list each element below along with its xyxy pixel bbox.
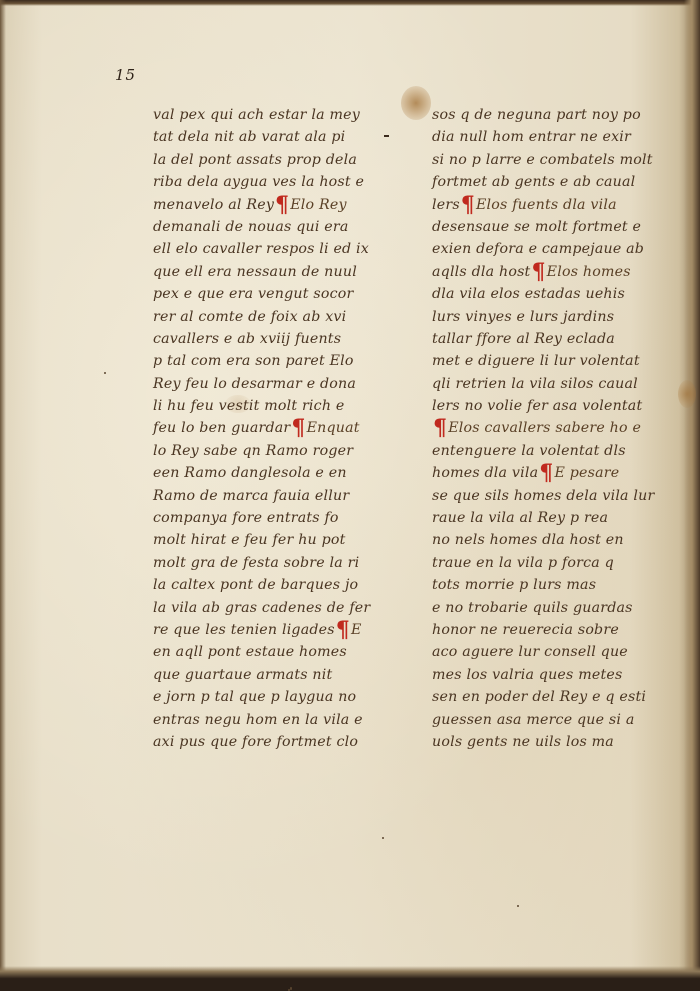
line-text: Enquat xyxy=(307,420,360,436)
line-text: re que les tenien ligades xyxy=(153,622,335,638)
text-line: guessen asa merce que si a xyxy=(432,709,677,731)
text-line: p tal com era son paret Elo xyxy=(153,350,383,372)
text-line: uols gents ne uils los ma xyxy=(432,731,677,753)
speck xyxy=(517,905,519,907)
rubric-pilcrow-icon: ¶ xyxy=(336,621,350,639)
text-line: re que les tenien ligades¶E xyxy=(153,619,383,641)
text-line: ¶Elos cavallers sabere ho e xyxy=(432,417,677,439)
line-text: E xyxy=(351,622,362,638)
text-line: mes los valria ques metes xyxy=(432,664,677,686)
text-line: entenguere la volentat dls xyxy=(432,440,677,462)
text-line: menavelo al Rey¶Elo Rey xyxy=(153,194,383,216)
speck xyxy=(382,837,384,839)
rubric-pilcrow-icon: ¶ xyxy=(433,419,447,437)
text-line: si no p larre e combatels molt xyxy=(432,149,677,171)
text-line: val pex qui ach estar la mey xyxy=(153,104,383,126)
text-line: honor ne reuerecia sobre xyxy=(432,619,677,641)
line-text: E pesare xyxy=(554,465,619,481)
text-line: pex e que era vengut socor xyxy=(153,283,383,305)
text-line: tat dela nit ab varat ala pi xyxy=(153,126,383,148)
text-line: e no trobarie quils guardas xyxy=(432,597,677,619)
text-line: que ell era nessaun de nuul xyxy=(153,261,383,283)
manuscript-folio: 15 val pex qui ach estar la meytat dela … xyxy=(0,0,700,984)
margin-mark xyxy=(384,135,389,137)
line-text: Elos cavallers sabere ho e xyxy=(448,420,641,436)
page-edge-right xyxy=(684,0,700,984)
text-line: entras negu hom en la vila e xyxy=(153,709,383,731)
text-line: lurs vinyes e lurs jardins xyxy=(432,306,677,328)
text-line: tallar ffore al Rey eclada xyxy=(432,328,677,350)
rubric-pilcrow-icon: ¶ xyxy=(291,419,305,437)
rubric-pilcrow-icon: ¶ xyxy=(531,263,545,281)
folio-number: 15 xyxy=(115,66,136,84)
rubric-pilcrow-icon: ¶ xyxy=(461,196,475,214)
line-text: feu lo ben guardar xyxy=(153,420,290,436)
text-line: dla vila elos estadas uehis xyxy=(432,283,677,305)
text-line: companya fore entrats fo xyxy=(153,507,383,529)
text-line: tots morrie p lurs mas xyxy=(432,574,677,596)
text-line: demanali de nouas qui era xyxy=(153,216,383,238)
text-line: li hu feu vestit molt rich e xyxy=(153,395,383,417)
text-line: met e diguere li lur volentat xyxy=(432,350,677,372)
line-text: lers xyxy=(432,197,460,213)
text-line: feu lo ben guardar¶Enquat xyxy=(153,417,383,439)
text-line: ell elo cavaller respos li ed ix xyxy=(153,238,383,260)
text-line: molt hirat e feu fer hu pot xyxy=(153,529,383,551)
page-edge-top xyxy=(0,0,700,6)
left-column: val pex qui ach estar la meytat dela nit… xyxy=(153,104,383,753)
text-line: desensaue se molt fortmet e xyxy=(432,216,677,238)
line-text: Elos fuents dla vila xyxy=(476,197,617,213)
text-line: la vila ab gras cadenes de fer xyxy=(153,597,383,619)
text-line: aqlls dla host¶Elos homes xyxy=(432,261,677,283)
text-line: lers¶Elos fuents dla vila xyxy=(432,194,677,216)
line-text: Elo Rey xyxy=(290,197,346,213)
text-line: aco aguere lur consell que xyxy=(432,641,677,663)
line-text: aqlls dla host xyxy=(432,264,530,280)
text-line: homes dla vila¶E pesare xyxy=(432,462,677,484)
right-column: sos q de neguna part noy podia null hom … xyxy=(432,104,677,753)
page-edge-left xyxy=(0,0,6,984)
text-line: raue la vila al Rey p rea xyxy=(432,507,677,529)
text-line: que guartaue armats nit xyxy=(153,664,383,686)
rubric-pilcrow-icon: ¶ xyxy=(539,464,553,482)
text-line: cavallers e ab xviij fuents xyxy=(153,328,383,350)
text-line: qli retrien la vila silos caual xyxy=(432,373,677,395)
line-text: menavelo al Rey xyxy=(153,197,274,213)
text-line: lo Rey sabe qn Ramo roger xyxy=(153,440,383,462)
text-line: no nels homes dla host en xyxy=(432,529,677,551)
text-line: rer al comte de foix ab xvi xyxy=(153,306,383,328)
text-line: sos q de neguna part noy po xyxy=(432,104,677,126)
text-line: e jorn p tal que p laygua no xyxy=(153,686,383,708)
text-line: exien defora e campejaue ab xyxy=(432,238,677,260)
speck xyxy=(104,372,106,374)
text-line: traue en la vila p forca q xyxy=(432,552,677,574)
text-line: een Ramo danglesola e en xyxy=(153,462,383,484)
text-line: se que sils homes dela vila lur xyxy=(432,485,677,507)
stain-top xyxy=(401,86,431,120)
text-line: Ramo de marca fauia ellur xyxy=(153,485,383,507)
text-line: axi pus que fore fortmet clo xyxy=(153,731,383,753)
line-text: Elos homes xyxy=(547,264,631,280)
text-line: la caltex pont de barques jo xyxy=(153,574,383,596)
text-line: en aqll pont estaue homes xyxy=(153,641,383,663)
text-line: sen en poder del Rey e q esti xyxy=(432,686,677,708)
text-line: fortmet ab gents e ab caual xyxy=(432,171,677,193)
text-line: Rey feu lo desarmar e dona xyxy=(153,373,383,395)
text-line: riba dela aygua ves la host e xyxy=(153,171,383,193)
rubric-pilcrow-icon: ¶ xyxy=(275,196,289,214)
page-edge-bottom xyxy=(0,966,700,984)
line-text: homes dla vila xyxy=(432,465,538,481)
text-line: la del pont assats prop dela xyxy=(153,149,383,171)
text-line: lers no volie fer asa volentat xyxy=(432,395,677,417)
text-line: molt gra de festa sobre la ri xyxy=(153,552,383,574)
text-line: dia null hom entrar ne exir xyxy=(432,126,677,148)
stain-right xyxy=(678,380,696,408)
